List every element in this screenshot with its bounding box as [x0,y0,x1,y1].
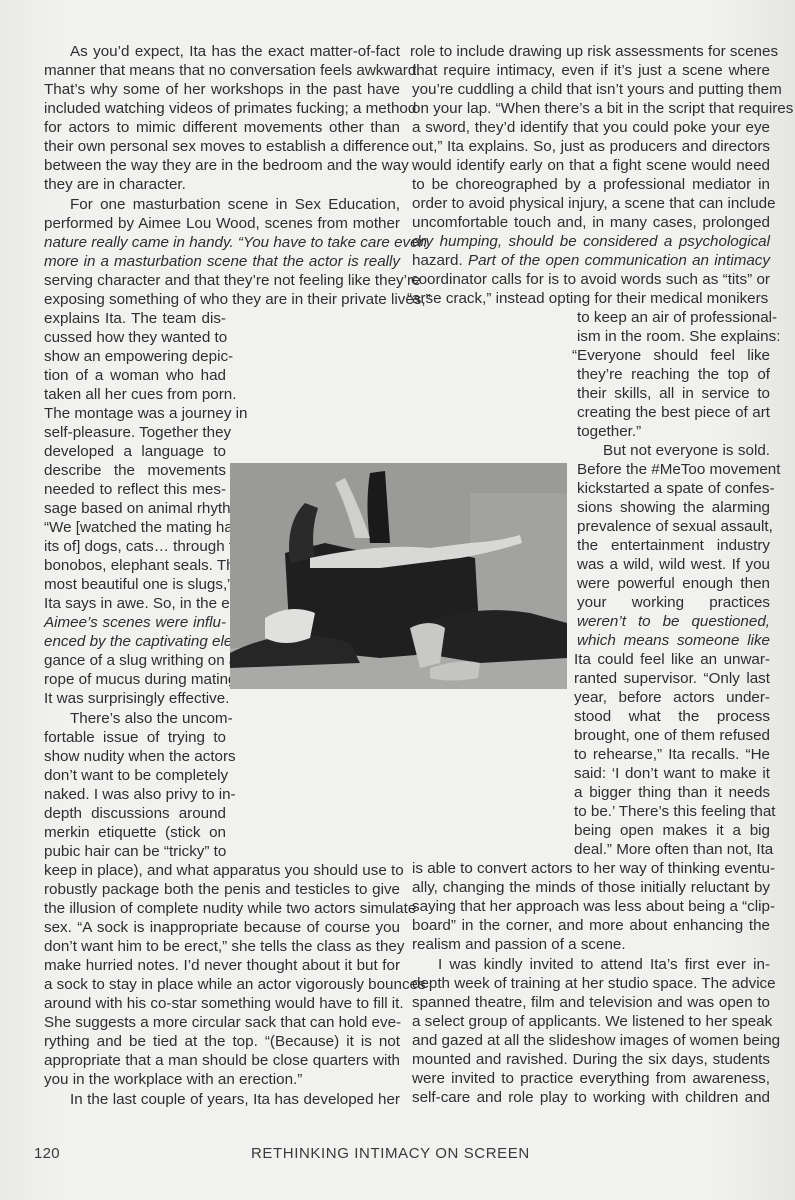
text-line: rope of mucus during mating. [44,670,226,689]
text-line: role to include drawing up risk assessme… [410,42,770,61]
text-line: their own personal sex moves to establis… [44,137,400,156]
text-line: a bigger thing than it needs [574,783,770,802]
text-line: She suggests a more circular sack that c… [44,1013,400,1032]
text-line: around with his co-star something would … [44,994,400,1013]
text-line: merkin etiquette (stick on [44,823,226,842]
text-line: realism and passion of a scene. [412,935,770,954]
text-line: ism in the room. She explains: [577,327,770,346]
text-line: were invited to practice everything from… [412,1069,770,1088]
text-line: Aimee’s scenes were influ- [44,613,226,632]
text-line: included watching videos of primates fuc… [44,99,400,118]
text-line: a sock to stay in place while an actor v… [44,975,400,994]
text-line: order to avoid physical injury, a scene … [412,194,770,213]
text-line: their skills, all in service to [577,384,770,403]
text-line: to be choreographed by a professional me… [412,175,770,194]
text-line: and gazed at all the slideshow images of… [412,1031,770,1050]
page-number: 120 [34,1145,60,1162]
text-line: tion of a woman who had [44,366,226,385]
text-line: robustly package both the penis and test… [44,880,400,899]
text-line: nature really came in handy. “You have t… [44,233,400,252]
text-line: Ita could feel like an unwar- [574,650,770,669]
text-line: stood what the process [574,707,770,726]
text-line: mounted and ravished. During the six day… [412,1050,770,1069]
text-line: needed to reflect this mes- [44,480,226,499]
text-line: creating the best piece of art [577,403,770,422]
text-line: together.” [577,422,770,441]
text-line: out,” Ita explains. So, just as producer… [412,137,770,156]
text-line: your working practices [577,593,770,612]
text-line: board” in the corner, and more about enh… [412,916,770,935]
text-line: sage based on animal rhythms. [44,499,226,518]
text-line: you in the workplace with an erection.” [44,1070,400,1089]
text-line: self-pleasure. Together they [44,423,226,442]
text-line: sions showing the alarming [577,498,770,517]
text-line: explains Ita. The team dis- [44,309,226,328]
text-line: hazard. Part of the open communication a… [412,251,770,270]
text-line: Before the #MeToo movement [577,460,770,479]
text-line: you’re cuddling a child that isn’t yours… [412,80,770,99]
text-line: manner that means that no conversation f… [44,61,400,80]
text-line: being open makes it a big [574,821,770,840]
text-line: rything and be tied at the top. “(Becaus… [44,1032,400,1051]
text-line: dry humping, should be considered a psyc… [412,232,770,251]
text-line: kickstarted a spate of confes- [577,479,770,498]
text-line: were powerful enough then [577,574,770,593]
text-line: for actors to mimic different movements … [44,118,400,137]
text-line: on your lap. “When there’s a bit in the … [412,99,770,118]
text-line: would identify early on that a fight sce… [412,156,770,175]
text-line: brought, one of them refused [574,726,770,745]
text-line: the entertainment industry [577,536,770,555]
text-line: self-care and role play to working with … [412,1088,770,1107]
text-line: I was kindly invited to attend Ita’s fir… [412,955,770,974]
text-line: is able to convert actors to her way of … [412,859,770,878]
text-line: depth week of training at her studio spa… [412,974,770,993]
text-line: keep in place), and what apparatus you s… [44,861,400,880]
text-line: In the last couple of years, Ita has dev… [44,1090,400,1109]
text-line: enced by the captivating ele- [44,632,226,651]
text-line: weren’t to be questioned, [577,612,770,631]
text-line: serving character and that they’re not f… [44,271,400,290]
text-line: they are in character. [44,175,400,194]
running-title: RETHINKING INTIMACY ON SCREEN [251,1145,530,1162]
text-line: As you’d expect, Ita has the exact matte… [44,42,400,61]
text-line: show nudity when the actors [44,747,226,766]
text-line: to rehearse,” Ita recalls. “He [574,745,770,764]
text-line: fortable issue of trying to [44,728,226,747]
text-line: saying that her approach was less about … [412,897,770,916]
text-line: show an empowering depic- [44,347,226,366]
text-line: “Everyone should feel like [572,346,770,365]
text-line: There’s also the uncom- [44,709,226,728]
text-line: appropriate that a man should be close q… [44,1051,400,1070]
text-line: its of] dogs, cats… through to [44,537,226,556]
text-line: gance of a slug writhing on a [44,651,226,670]
text-line: to keep an air of professional- [577,308,770,327]
italic-run: Part of the open communication an intima… [468,252,770,269]
text-line: taken all her cues from porn. [44,385,226,404]
text-line: the illusion of complete nudity while tw… [44,899,400,918]
text-line: But not everyone is sold. [577,441,770,460]
text-line: “We [watched the mating hab- [44,518,226,537]
text-line: coordinator calls for is to avoid words … [411,270,770,289]
text-line: For one masturbation scene in Sex Educat… [44,195,400,214]
text-line: make hurried notes. I’d never thought ab… [44,956,400,975]
text-line: a select group of applicants. We listene… [412,1012,770,1031]
text-line: more in a masturbation scene that the ac… [44,252,400,271]
text-line: which means someone like [577,631,770,650]
text-line: prevalence of sexual assault, [577,517,770,536]
text-line: a sword, they’d identify that you could … [412,118,770,137]
text-line: between the way they are in the bedroom … [44,156,400,175]
text-line: sex. “A sock is inappropriate because of… [44,918,400,937]
text-line: uncomfortable touch and, in many cases, … [412,213,770,232]
text-line: was a wild, wild west. If you [577,555,770,574]
text-line: naked. I was also privy to in- [44,785,226,804]
text-line: don’t want to be completely [44,766,226,785]
text-line: That’s why some of her workshops in the … [44,80,400,99]
text-line: developed a language to [44,442,226,461]
text-line: most beautiful one is slugs,” [44,575,226,594]
text-line: ally, changing the minds of those initia… [412,878,770,897]
text-line: to be.’ There’s this feeling that [574,802,770,821]
text-line: year, before actors under- [574,688,770,707]
text-line: spanned theatre, film and television and… [412,993,770,1012]
dancers-photo [230,463,567,689]
text-line: It was surprisingly effective. [44,689,226,708]
text-line: deal.” More often than not, Ita [574,840,770,859]
text-line: that require intimacy, even if it’s just… [412,61,770,80]
text-line: said: ‘I don’t want to make it [574,764,770,783]
text-line: pubic hair can be “tricky” to [44,842,226,861]
text-line: The montage was a journey in [44,404,226,423]
text-line: “arse crack,” instead opting for their m… [407,289,767,308]
text-line: depth discussions around [44,804,226,823]
text-line: exposing something of who they are in th… [44,290,400,309]
text-line: describe the movements [44,461,226,480]
text-line: they’re reaching the top of [577,365,770,384]
photo-image [230,463,567,689]
text-line: ranted supervisor. “Only last [574,669,770,688]
text-line: cussed how they wanted to [44,328,226,347]
text-line: performed by Aimee Lou Wood, scenes from… [44,214,400,233]
text-line: don’t want him to be erect,” she tells t… [44,937,400,956]
text-line: Ita says in awe. So, in the end [44,594,226,613]
text-line: bonobos, elephant seals. The [44,556,226,575]
